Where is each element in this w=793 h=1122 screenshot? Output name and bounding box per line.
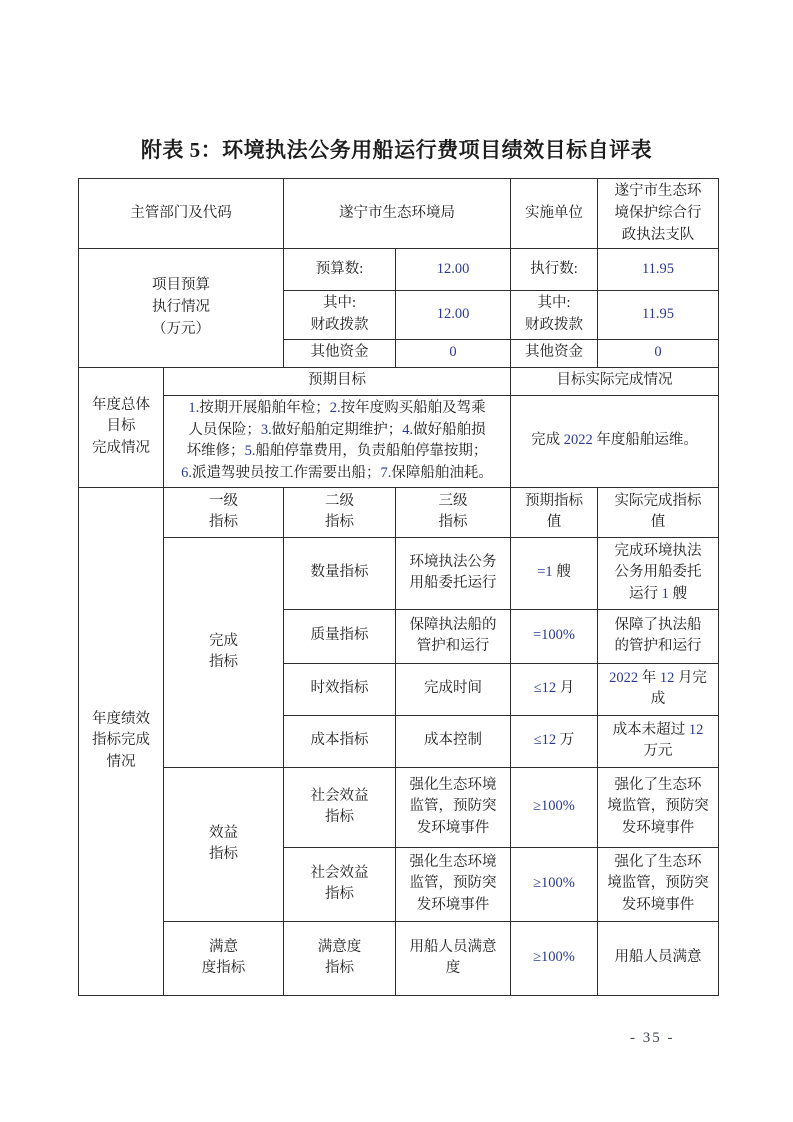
budget-cell: 其中: 财政拨款 xyxy=(511,291,598,340)
budget-cell: 0 xyxy=(598,339,719,367)
budget-cell: 12.00 xyxy=(396,249,511,291)
actual-goal-header-cell: 目标实际完成情况 xyxy=(511,367,719,395)
expected-value-cell: ≤12 月 xyxy=(511,663,598,715)
level2-cell: 质量指标 xyxy=(284,609,396,663)
expected-value-cell: =100% xyxy=(511,609,598,663)
level2-cell: 数量指标 xyxy=(284,537,396,609)
table-row: 年度绩效 指标完成 情况 一级 指标 二级 指标 三级 指标 预期指标 值 实际… xyxy=(79,487,719,537)
actual-value-cell: 保障了执法船 的管护和运行 xyxy=(598,609,719,663)
actual-goal-text-cell: 完成 2022 年度船舶运维。 xyxy=(511,395,719,487)
level1-cell: 效益 指标 xyxy=(164,767,284,921)
selfeval-table: 主管部门及代码 遂宁市生态环境局 实施单位 遂宁市生态环 境保护综合行 政执法支… xyxy=(78,178,719,996)
table-row: 效益 指标 社会效益 指标 强化生态环境 监管，预防突 发环境事件 ≥100% … xyxy=(79,767,719,847)
level2-cell: 社会效益 指标 xyxy=(284,847,396,921)
table-row: 满意 度指标 满意度 指标 用船人员满意 度 ≥100% 用船人员满意 xyxy=(79,921,719,995)
expected-value-cell: =1 艘 xyxy=(511,537,598,609)
budget-cell: 预算数: xyxy=(284,249,396,291)
dept-value-cell: 遂宁市生态环境局 xyxy=(284,179,511,249)
table-row: 1.按期开展船舶年检；2.按年度购买船舶及驾乘 人员保险；3.做好船舶定期维护；… xyxy=(79,395,719,487)
actual-value-cell: 完成环境执法 公务用船委托 运行 1 艘 xyxy=(598,537,719,609)
level2-cell: 满意度 指标 xyxy=(284,921,396,995)
level2-cell: 社会效益 指标 xyxy=(284,767,396,847)
budget-cell: 其他资金 xyxy=(284,339,396,367)
header-level3-cell: 三级 指标 xyxy=(396,487,511,537)
document-page: 附表 5：环境执法公务用船运行费项目绩效目标自评表 主管部门及代码 遂宁市生态环… xyxy=(0,0,793,1122)
level1-cell: 满意 度指标 xyxy=(164,921,284,995)
indicators-label-cell: 年度绩效 指标完成 情况 xyxy=(79,487,164,995)
table-row: 年度总体 目标 完成情况 预期目标 目标实际完成情况 xyxy=(79,367,719,395)
level3-cell: 强化生态环境 监管，预防突 发环境事件 xyxy=(396,767,511,847)
budget-cell: 其中: 财政拨款 xyxy=(284,291,396,340)
actual-value-cell: 强化了生态环 境监管，预防突 发环境事件 xyxy=(598,847,719,921)
actual-value-cell: 2022 年 12 月完 成 xyxy=(598,663,719,715)
level1-cell: 完成 指标 xyxy=(164,537,284,767)
table-row: 项目预算 执行情况 （万元） 预算数: 12.00 执行数: 11.95 xyxy=(79,249,719,291)
budget-cell: 其他资金 xyxy=(511,339,598,367)
impl-label-cell: 实施单位 xyxy=(511,179,598,249)
level2-cell: 成本指标 xyxy=(284,715,396,767)
level2-cell: 时效指标 xyxy=(284,663,396,715)
expected-value-cell: ≤12 万 xyxy=(511,715,598,767)
expected-value-cell: ≥100% xyxy=(511,921,598,995)
budget-cell: 12.00 xyxy=(396,291,511,340)
budget-cell: 0 xyxy=(396,339,511,367)
page-title: 附表 5：环境执法公务用船运行费项目绩效目标自评表 xyxy=(0,134,793,164)
expected-value-cell: ≥100% xyxy=(511,847,598,921)
header-level1-cell: 一级 指标 xyxy=(164,487,284,537)
page-number: - 35 - xyxy=(630,1030,675,1047)
expected-goal-text-cell: 1.按期开展船舶年检；2.按年度购买船舶及驾乘 人员保险；3.做好船舶定期维护；… xyxy=(164,395,511,487)
budget-label-cell: 项目预算 执行情况 （万元） xyxy=(79,249,284,368)
level3-cell: 强化生态环境 监管，预防突 发环境事件 xyxy=(396,847,511,921)
level3-cell: 环境执法公务 用船委托运行 xyxy=(396,537,511,609)
table-row: 主管部门及代码 遂宁市生态环境局 实施单位 遂宁市生态环 境保护综合行 政执法支… xyxy=(79,179,719,249)
budget-cell: 执行数: xyxy=(511,249,598,291)
header-level2-cell: 二级 指标 xyxy=(284,487,396,537)
level3-cell: 保障执法船的 管护和运行 xyxy=(396,609,511,663)
level3-cell: 完成时间 xyxy=(396,663,511,715)
level3-cell: 用船人员满意 度 xyxy=(396,921,511,995)
annual-goal-label-cell: 年度总体 目标 完成情况 xyxy=(79,367,164,487)
table-row: 完成 指标 数量指标 环境执法公务 用船委托运行 =1 艘 完成环境执法 公务用… xyxy=(79,537,719,609)
dept-label-cell: 主管部门及代码 xyxy=(79,179,284,249)
level3-cell: 成本控制 xyxy=(396,715,511,767)
impl-value-cell: 遂宁市生态环 境保护综合行 政执法支队 xyxy=(598,179,719,249)
actual-value-cell: 用船人员满意 xyxy=(598,921,719,995)
actual-value-cell: 强化了生态环 境监管，预防突 发环境事件 xyxy=(598,767,719,847)
expected-goal-header-cell: 预期目标 xyxy=(164,367,511,395)
header-expected-cell: 预期指标 值 xyxy=(511,487,598,537)
budget-cell: 11.95 xyxy=(598,249,719,291)
header-actual-cell: 实际完成指标 值 xyxy=(598,487,719,537)
actual-value-cell: 成本未超过 12 万元 xyxy=(598,715,719,767)
budget-cell: 11.95 xyxy=(598,291,719,340)
expected-value-cell: ≥100% xyxy=(511,767,598,847)
